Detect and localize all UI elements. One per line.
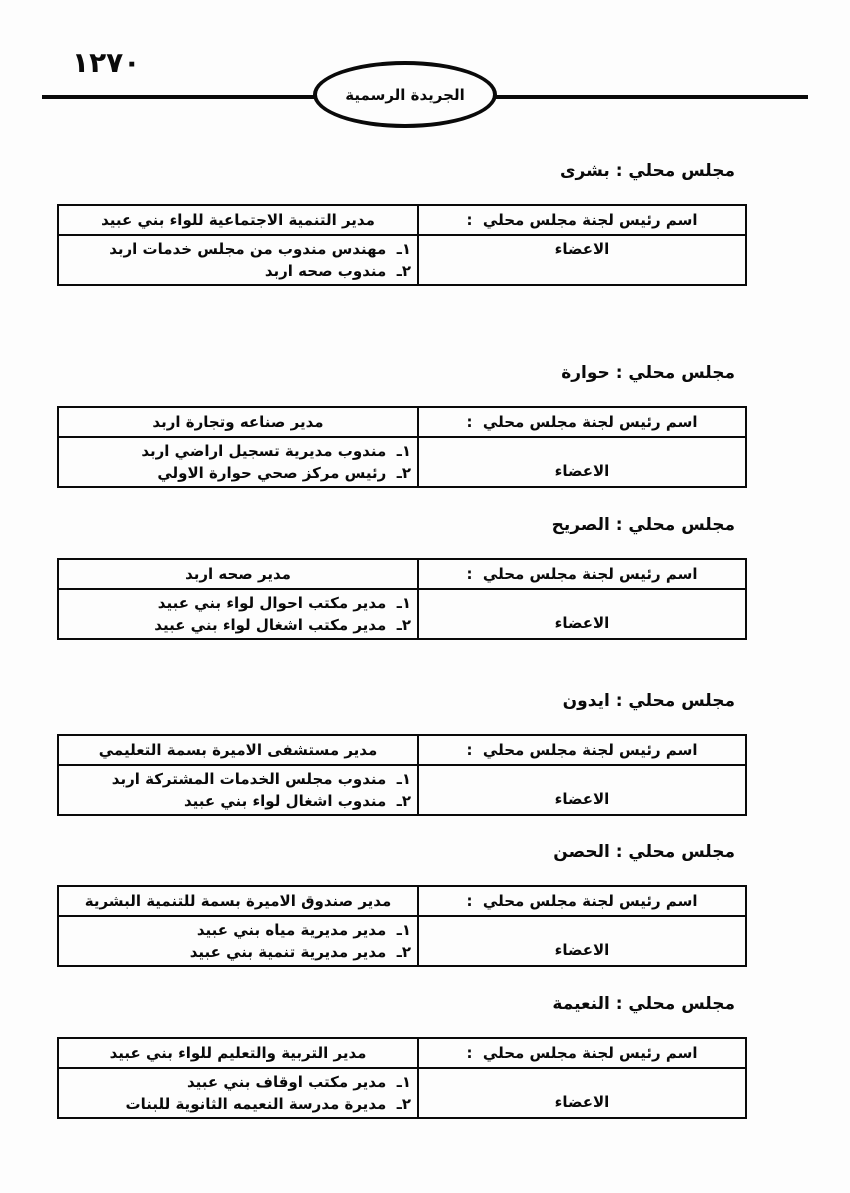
chairman-label: اسم رئيس لجنة مجلس محلي : — [418, 886, 746, 916]
council-table: اسم رئيس لجنة مجلس محلي : مدير صحه اربد … — [57, 558, 747, 640]
council-section-aydoun: مجلس محلي : ايدون اسم رئيس لجنة مجلس محل… — [0, 690, 850, 816]
members-row: الاعضاء ١ـ مندوب مجلس الخدمات المشتركة ا… — [58, 765, 746, 815]
chairman-value: مدير صندوق الاميرة بسمة للتنمية البشرية — [58, 886, 418, 916]
page-header: ١٢٧٠ الجريدة الرسمية — [0, 0, 850, 130]
chairman-label: اسم رئيس لجنة مجلس محلي : — [418, 205, 746, 235]
chairman-value: مدير صحه اربد — [58, 559, 418, 589]
page-number: ١٢٧٠ — [72, 46, 140, 79]
members-label: الاعضاء — [418, 589, 746, 639]
chairman-label: اسم رئيس لجنة مجلس محلي : — [418, 1038, 746, 1068]
chairman-label: اسم رئيس لجنة مجلس محلي : — [418, 735, 746, 765]
council-section-huwwara: مجلس محلي : حوارة اسم رئيس لجنة مجلس محل… — [0, 362, 850, 488]
member-item: ٢ـ مندوب صحه اربد — [65, 260, 411, 282]
members-list: ١ـ مدير مديرية مياه بني عبيد ٢ـ مدير مدي… — [58, 916, 418, 966]
chairman-row: اسم رئيس لجنة مجلس محلي : مدير مستشفى ال… — [58, 735, 746, 765]
members-list: ١ـ مندوب مجلس الخدمات المشتركة اربد ٢ـ م… — [58, 765, 418, 815]
member-item: ٢ـ رئيس مركز صحي حوارة الاولي — [65, 462, 411, 484]
council-table: اسم رئيس لجنة مجلس محلي : مدير صناعه وتج… — [57, 406, 747, 488]
member-item: ١ـ مندوب مجلس الخدمات المشتركة اربد — [65, 768, 411, 790]
councils-list: مجلس محلي : بشرى اسم رئيس لجنة مجلس محلي… — [0, 160, 850, 1119]
members-label: الاعضاء — [418, 1068, 746, 1118]
council-title: مجلس محلي : ايدون — [0, 690, 735, 713]
council-section-sarih: مجلس محلي : الصريح اسم رئيس لجنة مجلس مح… — [0, 514, 850, 640]
gazette-page: ١٢٧٠ الجريدة الرسمية مجلس محلي : بشرى اس… — [0, 0, 850, 1193]
chairman-label: اسم رئيس لجنة مجلس محلي : — [418, 407, 746, 437]
member-item: ١ـ مندوب مديرية تسجيل اراضي اربد — [65, 440, 411, 462]
members-list: ١ـ مدير مكتب اوقاف بني عبيد ٢ـ مديرة مدر… — [58, 1068, 418, 1118]
chairman-row: اسم رئيس لجنة مجلس محلي : مدير التنمية ا… — [58, 205, 746, 235]
members-row: الاعضاء ١ـ مندوب مديرية تسجيل اراضي اربد… — [58, 437, 746, 487]
council-section-bushra: مجلس محلي : بشرى اسم رئيس لجنة مجلس محلي… — [0, 160, 850, 286]
chairman-label: اسم رئيس لجنة مجلس محلي : — [418, 559, 746, 589]
members-row: الاعضاء ١ـ مهندس مندوب من مجلس خدمات ارب… — [58, 235, 746, 285]
member-item: ١ـ مدير مكتب احوال لواء بني عبيد — [65, 592, 411, 614]
council-table: اسم رئيس لجنة مجلس محلي : مدير التربية و… — [57, 1037, 747, 1119]
chairman-value: مدير مستشفى الاميرة بسمة التعليمي — [58, 735, 418, 765]
member-item: ٢ـ مدير مكتب اشغال لواء بني عبيد — [65, 614, 411, 636]
members-label: الاعضاء — [418, 916, 746, 966]
council-title: مجلس محلي : بشرى — [0, 160, 735, 183]
chairman-row: اسم رئيس لجنة مجلس محلي : مدير صندوق الا… — [58, 886, 746, 916]
council-title: مجلس محلي : الصريح — [0, 514, 735, 537]
council-section-husn: مجلس محلي : الحصن اسم رئيس لجنة مجلس محل… — [0, 841, 850, 967]
chairman-row: اسم رئيس لجنة مجلس محلي : مدير صحه اربد — [58, 559, 746, 589]
council-title: مجلس محلي : النعيمة — [0, 993, 735, 1016]
members-list: ١ـ مدير مكتب احوال لواء بني عبيد ٢ـ مدير… — [58, 589, 418, 639]
chairman-value: مدير صناعه وتجارة اربد — [58, 407, 418, 437]
members-row: الاعضاء ١ـ مدير مكتب احوال لواء بني عبيد… — [58, 589, 746, 639]
council-title: مجلس محلي : الحصن — [0, 841, 735, 864]
member-item: ١ـ مدير مكتب اوقاف بني عبيد — [65, 1071, 411, 1093]
member-item: ٢ـ مديرة مدرسة النعيمه الثانوية للبنات — [65, 1093, 411, 1115]
council-table: اسم رئيس لجنة مجلس محلي : مدير صندوق الا… — [57, 885, 747, 967]
members-label: الاعضاء — [418, 437, 746, 487]
council-table: اسم رئيس لجنة مجلس محلي : مدير التنمية ا… — [57, 204, 747, 286]
members-label: الاعضاء — [418, 235, 746, 285]
member-item: ٢ـ مدير مديرية تنمية بني عبيد — [65, 941, 411, 963]
council-table: اسم رئيس لجنة مجلس محلي : مدير مستشفى ال… — [57, 734, 747, 816]
council-title: مجلس محلي : حوارة — [0, 362, 735, 385]
chairman-value: مدير التربية والتعليم للواء بني عبيد — [58, 1038, 418, 1068]
council-section-nuayma: مجلس محلي : النعيمة اسم رئيس لجنة مجلس م… — [0, 993, 850, 1119]
chairman-value: مدير التنمية الاجتماعية للواء بني عبيد — [58, 205, 418, 235]
gazette-badge: الجريدة الرسمية — [313, 61, 497, 128]
gazette-name: الجريدة الرسمية — [345, 86, 464, 104]
member-item: ١ـ مدير مديرية مياه بني عبيد — [65, 919, 411, 941]
members-list: ١ـ مندوب مديرية تسجيل اراضي اربد ٢ـ رئيس… — [58, 437, 418, 487]
members-row: الاعضاء ١ـ مدير مكتب اوقاف بني عبيد ٢ـ م… — [58, 1068, 746, 1118]
members-label: الاعضاء — [418, 765, 746, 815]
member-item: ١ـ مهندس مندوب من مجلس خدمات اربد — [65, 238, 411, 260]
members-list: ١ـ مهندس مندوب من مجلس خدمات اربد ٢ـ مند… — [58, 235, 418, 285]
member-item: ٢ـ مندوب اشغال لواء بني عبيد — [65, 790, 411, 812]
chairman-row: اسم رئيس لجنة مجلس محلي : مدير التربية و… — [58, 1038, 746, 1068]
chairman-row: اسم رئيس لجنة مجلس محلي : مدير صناعه وتج… — [58, 407, 746, 437]
members-row: الاعضاء ١ـ مدير مديرية مياه بني عبيد ٢ـ … — [58, 916, 746, 966]
